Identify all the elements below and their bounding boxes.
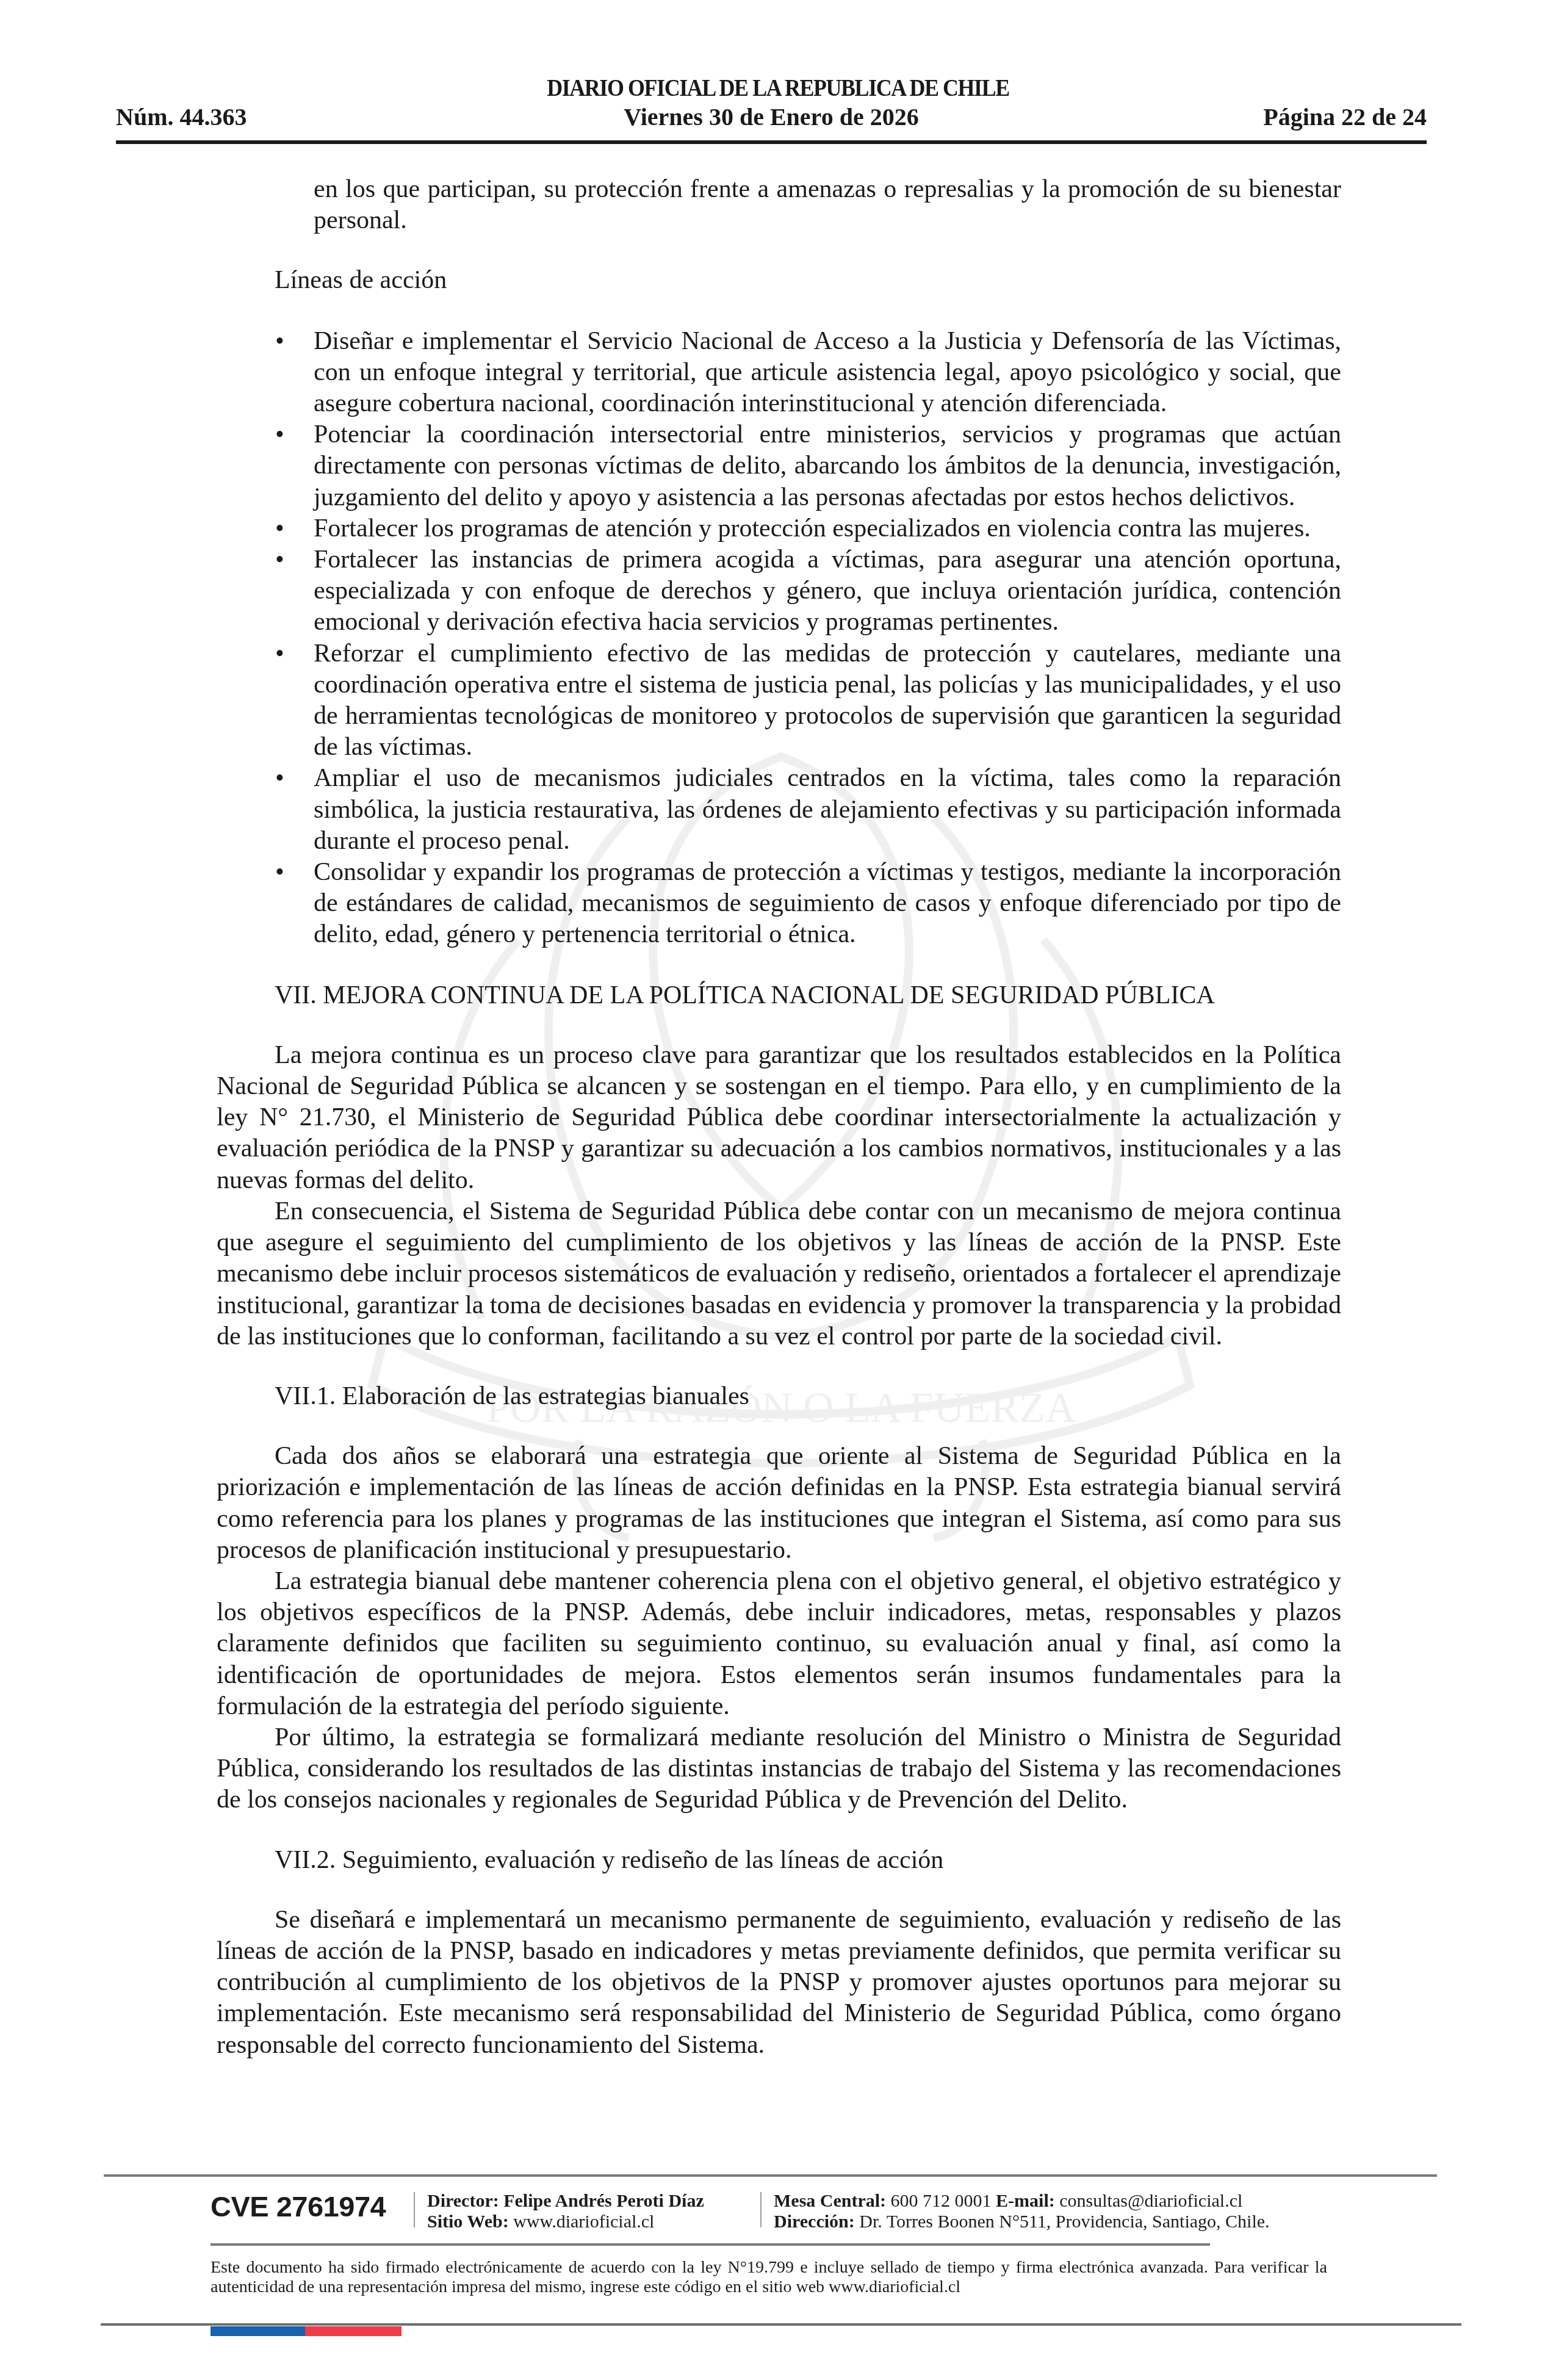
cve-code: CVE 2761974 (211, 2190, 386, 2223)
paragraph: En consecuencia, el Sistema de Seguridad… (217, 1196, 1341, 1352)
director-name: Felipe Andrés Peroti Díaz (503, 2191, 704, 2211)
header-divider (116, 140, 1427, 144)
section-heading-vii-2: VII.2. Seguimiento, evaluación y rediseñ… (275, 1845, 1341, 1876)
list-item-text: Potenciar la coordinación intersectorial… (314, 420, 1341, 511)
address-value: Dr. Torres Boonen N°511, Providencia, Sa… (859, 2212, 1269, 2232)
footer-separator (414, 2192, 415, 2227)
electronic-signature-notice: Este documento ha sido firmado electróni… (211, 2258, 1327, 2297)
page-indicator: Página 22 de 24 (1263, 103, 1427, 131)
bullet-icon: • (275, 513, 284, 544)
website-label: Sitio Web: (427, 2212, 509, 2232)
bullet-icon: • (275, 638, 284, 669)
director-label: Director: (427, 2191, 499, 2211)
email-label: E-mail: (996, 2191, 1055, 2211)
paragraph: Cada dos años se elaborará una estrategi… (217, 1441, 1341, 1566)
phone-number: 600 712 0001 (891, 2191, 992, 2211)
action-lines-list: •Diseñar e implementar el Servicio Nacio… (217, 326, 1341, 951)
section-heading-vii-1: VII.1. Elaboración de las estrategias bi… (275, 1381, 1341, 1412)
list-item: •Potenciar la coordinación intersectoria… (217, 419, 1341, 513)
bullet-icon: • (275, 326, 284, 357)
phone-label: Mesa Central: (774, 2191, 886, 2211)
footer-contact-block: Mesa Central: 600 712 0001 E-mail: consu… (774, 2191, 1270, 2232)
action-lines-label: Líneas de acción (275, 265, 1341, 296)
footer-separator (760, 2192, 762, 2227)
bullet-icon: • (275, 857, 284, 888)
header-row: Núm. 44.363 Viernes 30 de Enero de 2026 … (116, 103, 1427, 133)
paragraph: La mejora continua es un proceso clave p… (217, 1040, 1341, 1196)
publication-date: Viernes 30 de Enero de 2026 (116, 103, 1427, 131)
list-item: •Fortalecer las instancias de primera ac… (217, 544, 1341, 638)
footer-divider-bottom (101, 2323, 1461, 2326)
bullet-icon: • (275, 763, 284, 794)
section-heading-vii: VII. MEJORA CONTINUA DE LA POLÍTICA NACI… (275, 980, 1341, 1011)
paragraph: La estrategia bianual debe mantener cohe… (217, 1566, 1341, 1722)
list-item-text: Fortalecer los programas de atención y p… (314, 514, 1311, 543)
paragraph: Se diseñará e implementará un mecanismo … (217, 1905, 1341, 2061)
website-link[interactable]: www.diarioficial.cl (513, 2212, 654, 2232)
footer-divider-middle (211, 2243, 1210, 2246)
list-item: •Fortalecer los programas de atención y … (217, 513, 1341, 544)
list-item: •Diseñar e implementar el Servicio Nacio… (217, 326, 1341, 420)
continuation-paragraph: en los que participan, su protección fre… (314, 174, 1341, 236)
document-body: en los que participan, su protección fre… (217, 174, 1341, 2061)
address-label: Dirección: (774, 2212, 855, 2232)
list-item-text: Reforzar el cumplimiento efectivo de las… (314, 640, 1341, 762)
list-item-text: Ampliar el uso de mecanismos judiciales … (314, 764, 1341, 854)
flag-stripe-blue (211, 2326, 305, 2336)
list-item-text: Diseñar e implementar el Servicio Nacion… (314, 327, 1341, 417)
footer-director-block: Director: Felipe Andrés Peroti Díaz Siti… (427, 2191, 704, 2232)
bullet-icon: • (275, 544, 284, 575)
list-item: •Ampliar el uso de mecanismos judiciales… (217, 763, 1341, 857)
list-item: •Reforzar el cumplimiento efectivo de la… (217, 638, 1341, 763)
list-item-text: Consolidar y expandir los programas de p… (314, 858, 1341, 948)
list-item-text: Fortalecer las instancias de primera aco… (314, 546, 1341, 636)
list-item: •Consolidar y expandir los programas de … (217, 857, 1341, 951)
email-link[interactable]: consultas@diarioficial.cl (1059, 2191, 1242, 2211)
paragraph: Por último, la estrategia se formalizará… (217, 1722, 1341, 1816)
footer-divider-top (104, 2174, 1437, 2177)
publication-title: DIARIO OFICIAL DE LA REPUBLICA DE CHILE (62, 74, 1494, 102)
flag-stripe-red (305, 2326, 402, 2336)
bullet-icon: • (275, 419, 284, 450)
